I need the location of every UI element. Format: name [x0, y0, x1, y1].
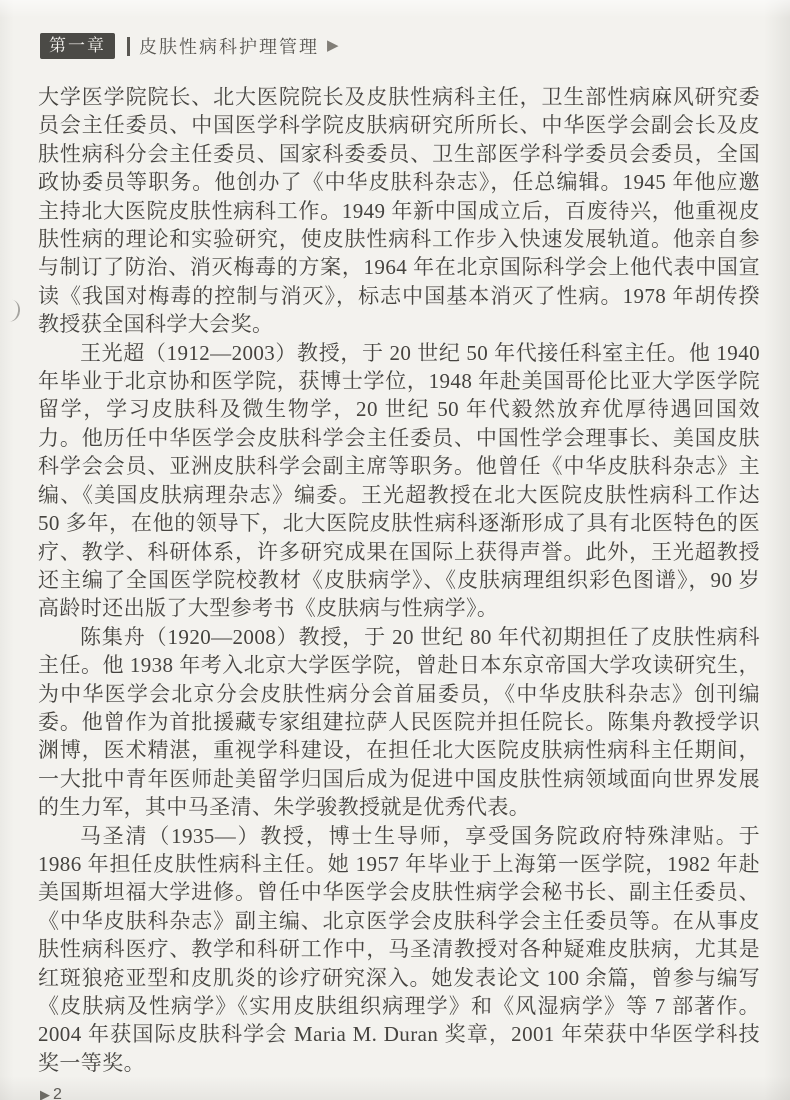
scan-artifact-mark — [7, 299, 22, 322]
chapter-badge: 第一章 — [40, 33, 115, 59]
arrow-right-icon: ▶ — [327, 39, 339, 54]
header-divider — [127, 37, 130, 56]
page-body: 大学医学院院长、北大医院院长及皮肤性病科主任，卫生部性病麻风研究委员会主任委员、… — [38, 83, 760, 1077]
paragraph-hu-chuankui: 大学医学院院长、北大医院院长及皮肤性病科主任，卫生部性病麻风研究委员会主任委员、… — [38, 83, 760, 339]
page-number: 2 — [53, 1086, 62, 1100]
book-page: 第一章 皮肤性病科护理管理 ▶ 大学医学院院长、北大医院院长及皮肤性病科主任，卫… — [0, 0, 790, 1100]
paragraph-wang-guangchao: 王光超（1912—2003）教授，于 20 世纪 50 年代接任科室主任。他 1… — [38, 339, 760, 623]
paragraph-chen-jizhou: 陈集舟（1920—2008）教授，于 20 世纪 80 年代初期担任了皮肤性病科… — [38, 623, 760, 822]
page-marker-icon: ▶ — [40, 1087, 50, 1100]
paragraph-ma-shengqing: 马圣清（1935—）教授，博士生导师，享受国务院政府特殊津贴。于 1986 年担… — [38, 822, 760, 1078]
chapter-header: 第一章 皮肤性病科护理管理 ▶ — [40, 33, 339, 59]
chapter-title: 皮肤性病科护理管理 — [139, 33, 319, 59]
page-footer: ▶2 — [40, 1086, 62, 1100]
